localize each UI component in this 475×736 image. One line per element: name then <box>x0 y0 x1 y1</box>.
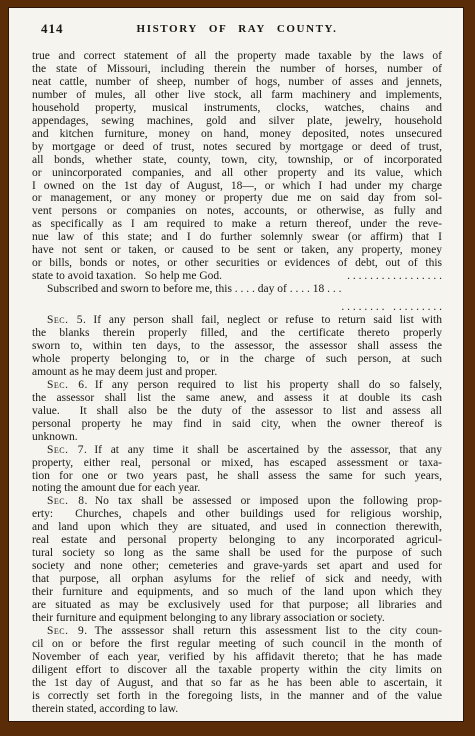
text-line: unknown. <box>32 431 442 444</box>
text-line: neat cattle, number of sheep, number of … <box>32 76 442 89</box>
text-line: noting the amount due for each year. <box>32 482 442 495</box>
text-line: therein stated, according to law. <box>32 703 442 716</box>
text-line: are situated as may be exclusively used … <box>32 599 442 612</box>
text-line: vent persons or companies on notes, acco… <box>32 205 442 218</box>
text-line: household property, musical instruments,… <box>32 102 442 115</box>
text-line: personal property he may find in said ci… <box>32 418 442 431</box>
text-line: Sec. 8.No tax shall be assessed or impos… <box>32 495 442 508</box>
text-line: Sec. 6.If any person required to list hi… <box>32 379 442 392</box>
text-line: society and none other; cemeteries and g… <box>32 560 442 573</box>
text-line: the state of Missouri, including therein… <box>32 63 442 76</box>
text-line: by mortgage or deed of trust, notes secu… <box>32 141 442 154</box>
text-line: the 1st day of August, and that so far a… <box>32 677 442 690</box>
section-label: Sec. 7. <box>47 444 87 456</box>
text-line: cil on or before the first regular meeti… <box>32 638 442 651</box>
text-line: Sec. 5.If any person shall fail, neglect… <box>32 314 442 327</box>
book-page: 414 HISTORY OF RAY COUNTY. true and corr… <box>8 7 464 722</box>
text-line: Sec. 7.If at any time it shall be ascert… <box>32 444 442 457</box>
page-frame: 414 HISTORY OF RAY COUNTY. true and corr… <box>0 0 475 736</box>
text-line: tural society so long as the same shall … <box>32 547 442 560</box>
text-line: have not sent or taken, or caused to be … <box>32 244 442 257</box>
text-line: or unincorporated companies, and all oth… <box>32 167 442 180</box>
text-line: the blanks therein properly filled, and … <box>32 327 442 340</box>
text-line: I owned on the 1st day of August, 18—, o… <box>32 180 442 193</box>
text-line: diligent effort to discover all the taxa… <box>32 664 442 677</box>
text-line: value. It shall also be the duty of the … <box>32 405 442 418</box>
page-header: 414 HISTORY OF RAY COUNTY. <box>32 19 442 41</box>
page-body: true and correct statement of all the pr… <box>32 50 442 716</box>
section-label: Sec. 8. <box>47 495 88 507</box>
section-label: Sec. 6. <box>47 379 88 391</box>
section-label: Sec. 9. <box>47 625 88 637</box>
text-line: or management, or any money or property … <box>32 192 442 205</box>
text-line: whole property belonging to, or in the c… <box>32 353 442 366</box>
text-line: is correctly set forth in the foregoing … <box>32 690 442 703</box>
text-line: November of each year, verified by his a… <box>32 651 442 664</box>
text-line: and land upon which they are situated, a… <box>32 521 442 534</box>
text-line: number of mules, all other live stock, a… <box>32 89 442 102</box>
text-line: appendages, sewing machines, gold and si… <box>32 115 442 128</box>
text-line: real estate and personal property belong… <box>32 534 442 547</box>
text-line: state to avoid taxation. So help me God.… <box>32 270 442 283</box>
text-line: as specifically as I am required to make… <box>32 218 442 231</box>
text-line: Sec. 9.The asssessor shall return this a… <box>32 625 442 638</box>
section-label: Sec. 5. <box>47 314 86 326</box>
text-line: all bonds, whether state, county, town, … <box>32 154 442 167</box>
text-line: sworn to, within ten days, to the assess… <box>32 340 442 353</box>
text-line: their furniture and equipments, and so m… <box>32 586 442 599</box>
text-line: amount as he may deem just and proper. <box>32 366 442 379</box>
text-line: erty: Churches, chapels and other buildi… <box>32 508 442 521</box>
text-line: their furniture and equipment belonging … <box>32 612 442 625</box>
text-line: Subscribed and sworn to before me, this … <box>32 283 442 296</box>
text-line: and kitchen furniture, money on hand, mo… <box>32 128 442 141</box>
text-line: tion for one or two years past, he shall… <box>32 470 442 483</box>
text-line: nue law of this state; and I do further … <box>32 231 442 244</box>
text-line: that purpose, all orphan asylums for the… <box>32 573 442 586</box>
text-line: true and correct statement of all the pr… <box>32 50 442 63</box>
text-line: property, either real, personal or mixed… <box>32 457 442 470</box>
text-line: or bills, bonds or notes, or other secur… <box>32 257 442 270</box>
text-line: the assessor shall list the same anew, a… <box>32 392 442 405</box>
text-line: . . . . . . . . . . . . . . . . . <box>32 301 442 314</box>
header-title: HISTORY OF RAY COUNTY. <box>32 23 442 35</box>
